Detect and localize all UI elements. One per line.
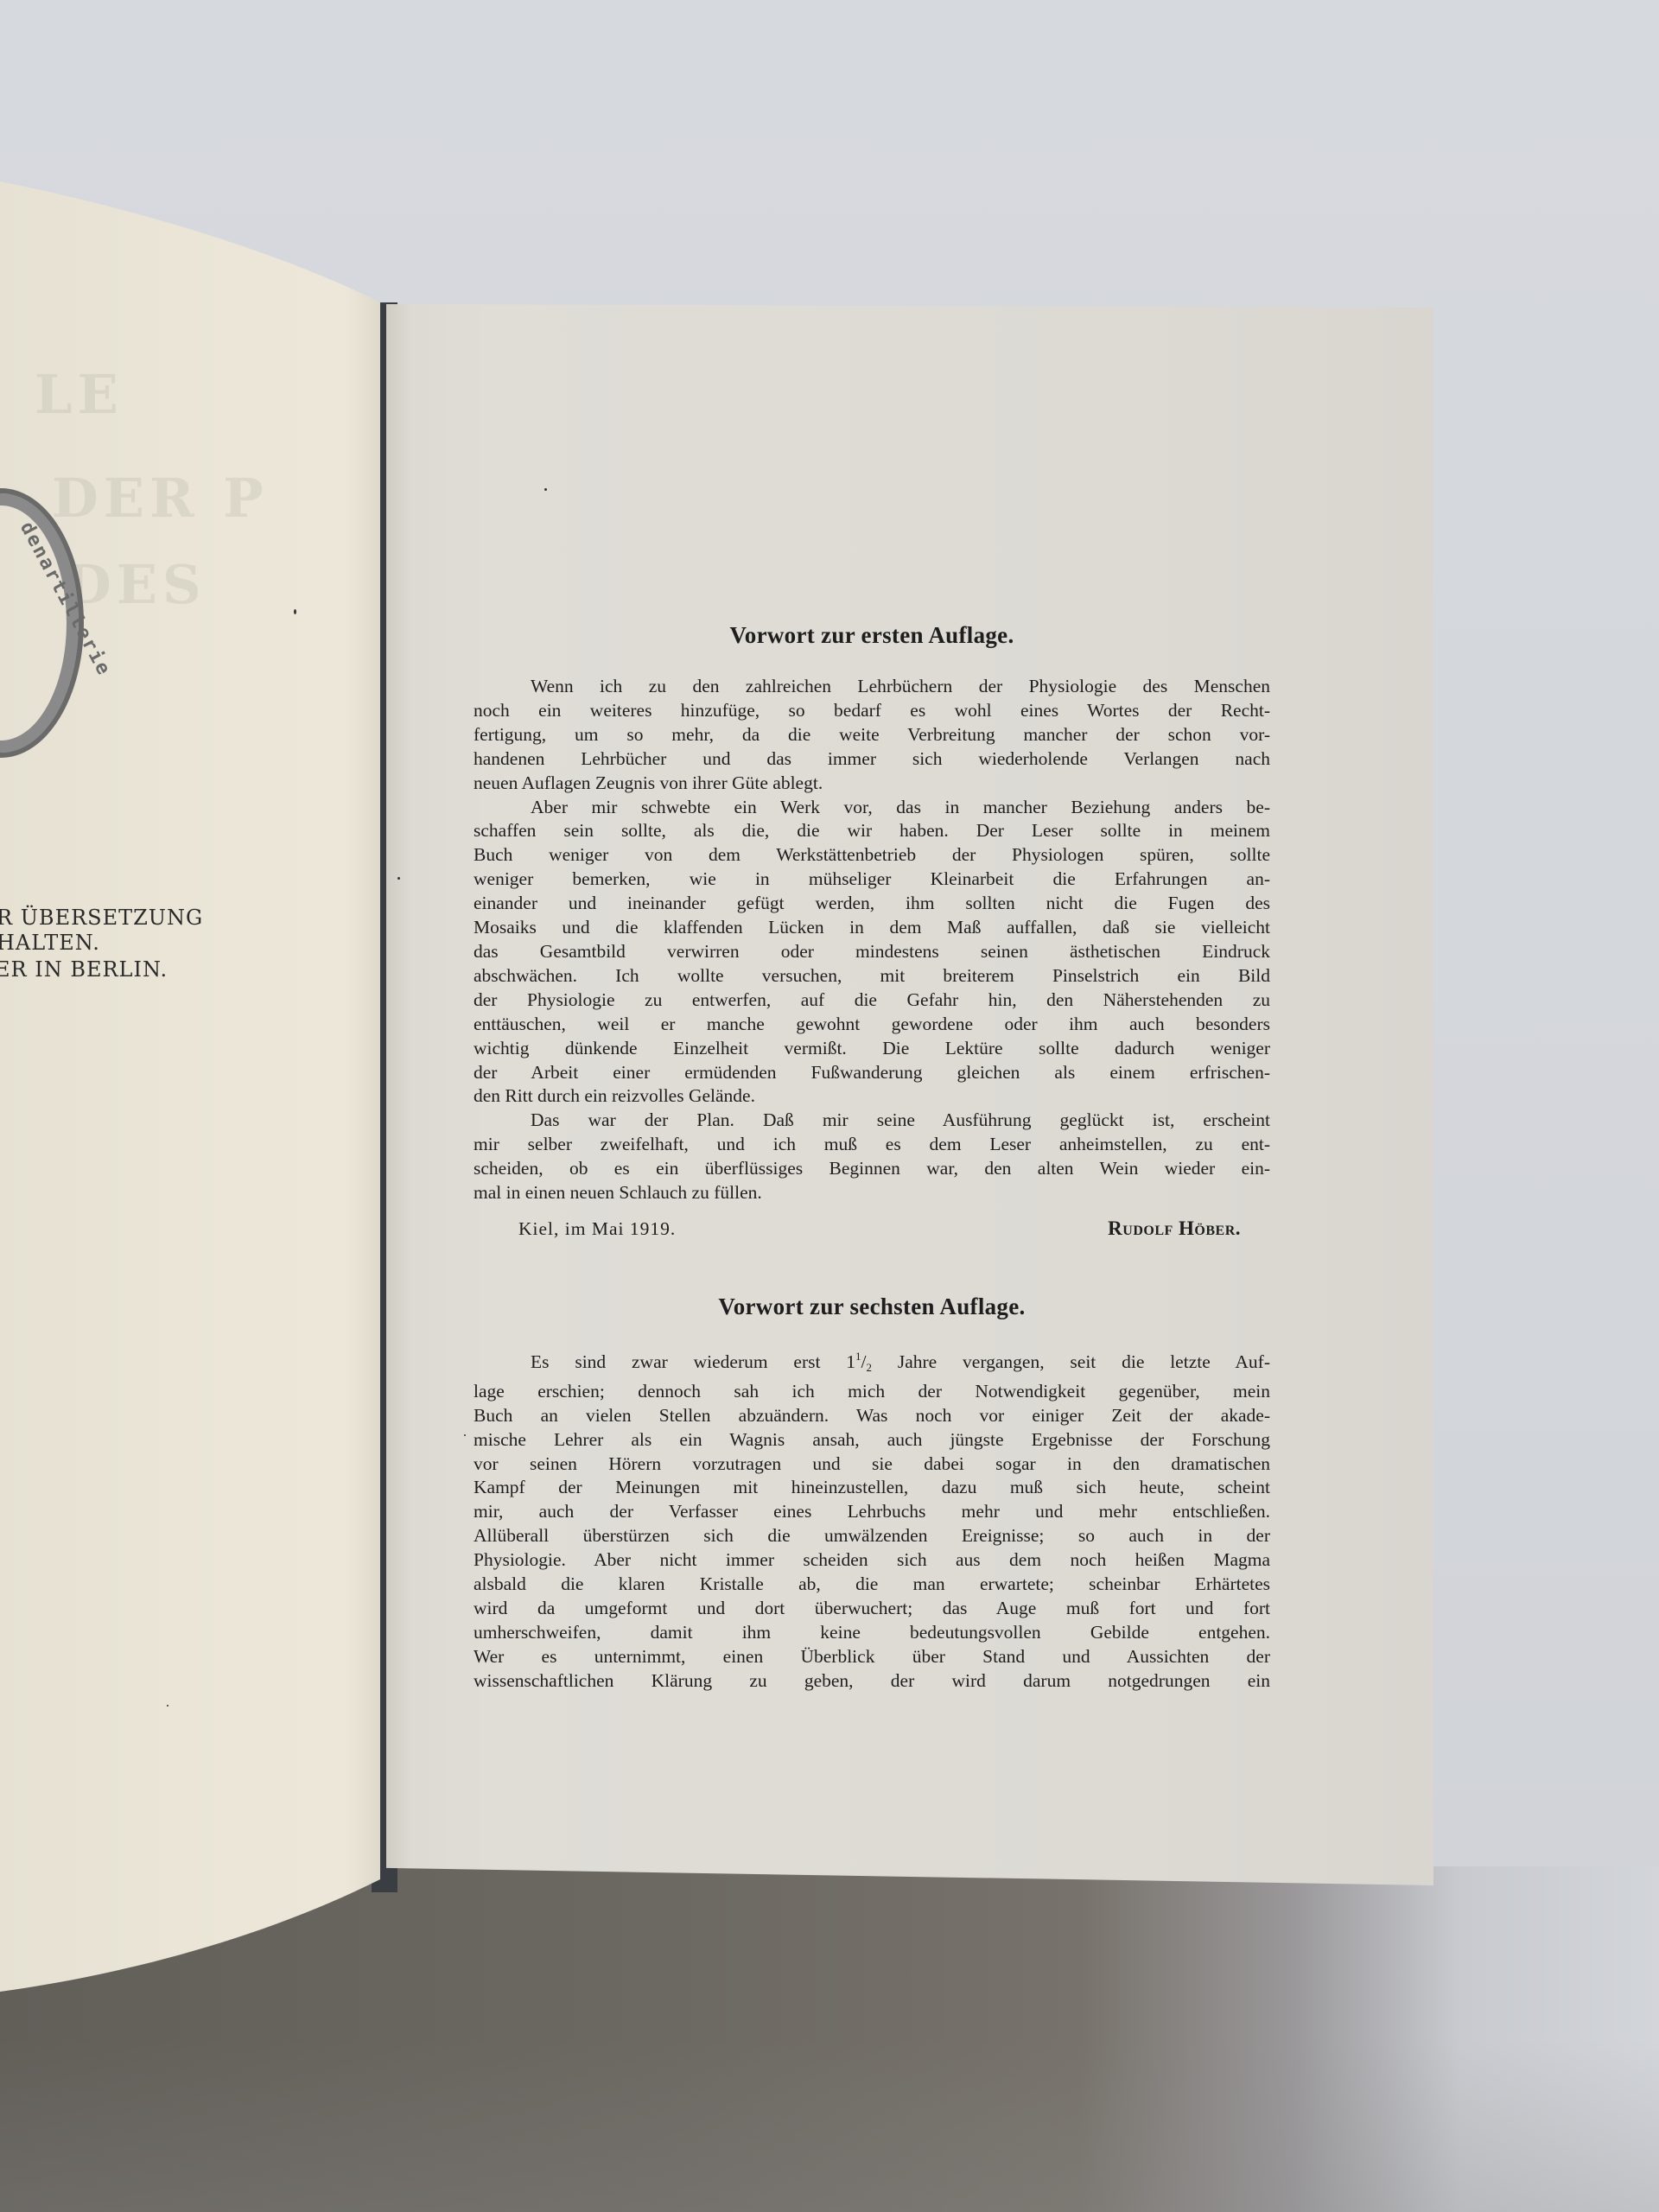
- left-page-caps-line: HALTEN.: [0, 931, 100, 955]
- preface-sixth-heading: Vorwort zur sechsten Auflage.: [474, 1294, 1270, 1320]
- preface-first-heading: Vorwort zur ersten Auflage.: [474, 622, 1270, 649]
- text-line: schaffen sein sollte, als die, die wir h…: [474, 819, 1270, 843]
- paragraph: Das war der Plan. Daß mir seine Ausführu…: [474, 1109, 1270, 1205]
- text-line: handenen Lehrbücher und das immer sich w…: [474, 747, 1270, 772]
- table-surface-fade: [0, 2039, 1659, 2212]
- text-line: wissenschaftlichen Klärung zu geben, der…: [474, 1669, 1270, 1694]
- paper-speck: [397, 877, 400, 880]
- text-line: Aber mir schwebte ein Werk vor, das in m…: [474, 796, 1270, 820]
- right-page-text-block: Vorwort zur ersten Auflage. Wenn ich zu …: [474, 622, 1270, 1694]
- ghost-title-line: DER P: [52, 467, 269, 530]
- ghost-title-line: DES: [65, 553, 207, 616]
- text-line: der Physiologie zu entwerfen, auf die Ge…: [474, 988, 1270, 1013]
- text-line: Mosaiks und die klaffenden Lücken in dem…: [474, 916, 1270, 940]
- text-line: Buch an vielen Stellen abzuändern. Was n…: [474, 1404, 1270, 1428]
- text-line: der Arbeit einer ermüdenden Fußwanderung…: [474, 1061, 1270, 1085]
- paragraph: Wenn ich zu den zahlreichen Lehrbüchern …: [474, 675, 1270, 796]
- text-line: Wer es unternimmt, einen Überblick über …: [474, 1645, 1270, 1669]
- text-line: einander und ineinander gefügt werden, i…: [474, 892, 1270, 916]
- text-line: weniger bemerken, wie in mühseliger Klei…: [474, 868, 1270, 892]
- text-line: Buch weniger von dem Werkstättenbetrieb …: [474, 843, 1270, 868]
- text-line: umherschweifen, damit ihm keine bedeutun…: [474, 1621, 1270, 1645]
- paper-speck: [294, 609, 296, 614]
- signature-row: Kiel, im Mai 1919. Rudolf Höber.: [474, 1217, 1270, 1240]
- paper-speck: [167, 1705, 168, 1707]
- text-fragment: Es sind zwar wiederum erst 1: [531, 1351, 855, 1372]
- text-line: lage erschien; dennoch sah ich mich der …: [474, 1380, 1270, 1404]
- left-page: [0, 173, 385, 1996]
- text-line: mir, auch der Verfasser eines Lehrbuchs …: [474, 1500, 1270, 1524]
- paragraph: Aber mir schwebte ein Werk vor, das in m…: [474, 796, 1270, 1109]
- paper-speck: [464, 1434, 466, 1436]
- text-line: mir selber zweifelhaft, und ich muß es d…: [474, 1133, 1270, 1157]
- left-page-caps-line: ER IN BERLIN.: [0, 957, 168, 982]
- text-line: das Gesamtbild verwirren oder mindestens…: [474, 940, 1270, 964]
- left-page-caps-line: R ÜBERSETZUNG: [0, 906, 203, 930]
- text-line: mische Lehrer als ein Wagnis ansah, auch…: [474, 1428, 1270, 1452]
- text-line: enttäuschen, weil er manche gewohnt gewo…: [474, 1013, 1270, 1037]
- text-line: Wenn ich zu den zahlreichen Lehrbüchern …: [474, 675, 1270, 699]
- text-line: wichtig dünkende Einzelheit vermißt. Die…: [474, 1037, 1270, 1061]
- text-line: scheiden, ob es ein überflüssiges Beginn…: [474, 1157, 1270, 1181]
- left-page-caps-line: .: [0, 978, 3, 1002]
- text-line: neuen Auflagen Zeugnis von ihrer Güte ab…: [474, 772, 1270, 796]
- place-date: Kiel, im Mai 1919.: [474, 1218, 676, 1240]
- paragraph: Es sind zwar wiederum erst 11/2 Jahre ve…: [474, 1344, 1270, 1694]
- ghost-title-line: LE: [35, 363, 124, 426]
- text-line: fertigung, um so mehr, da die weite Verb…: [474, 723, 1270, 747]
- text-line: vor seinen Hörern vorzutragen und sie da…: [474, 1452, 1270, 1477]
- text-line: den Ritt durch ein reizvolles Gelände.: [474, 1084, 1270, 1109]
- text-line: Allüberall überstürzen sich die umwälzen…: [474, 1524, 1270, 1548]
- text-line: mal in einen neuen Schlauch zu füllen.: [474, 1181, 1270, 1205]
- text-line: noch ein weiteres hinzufüge, so bedarf e…: [474, 699, 1270, 723]
- text-line: Kampf der Meinungen mit hineinzustellen,…: [474, 1476, 1270, 1500]
- text-line: Es sind zwar wiederum erst 11/2 Jahre ve…: [474, 1344, 1270, 1380]
- preface-first-edition: Vorwort zur ersten Auflage. Wenn ich zu …: [474, 622, 1270, 1240]
- paper-speck: [544, 488, 547, 491]
- preface-sixth-edition: Vorwort zur sechsten Auflage. Es sind zw…: [474, 1294, 1270, 1694]
- text-line: abschwächen. Ich wollte versuchen, mit b…: [474, 964, 1270, 988]
- text-line: Physiologie. Aber nicht immer scheiden s…: [474, 1548, 1270, 1573]
- text-line: wird da umgeformt und dort überwuchert; …: [474, 1597, 1270, 1621]
- text-line: Das war der Plan. Daß mir seine Ausführu…: [474, 1109, 1270, 1133]
- text-line: alsbald die klaren Kristalle ab, die man…: [474, 1573, 1270, 1597]
- text-fragment: Jahre vergangen, seit die letzte Auf-: [872, 1351, 1270, 1372]
- author-signature: Rudolf Höber.: [1108, 1217, 1270, 1240]
